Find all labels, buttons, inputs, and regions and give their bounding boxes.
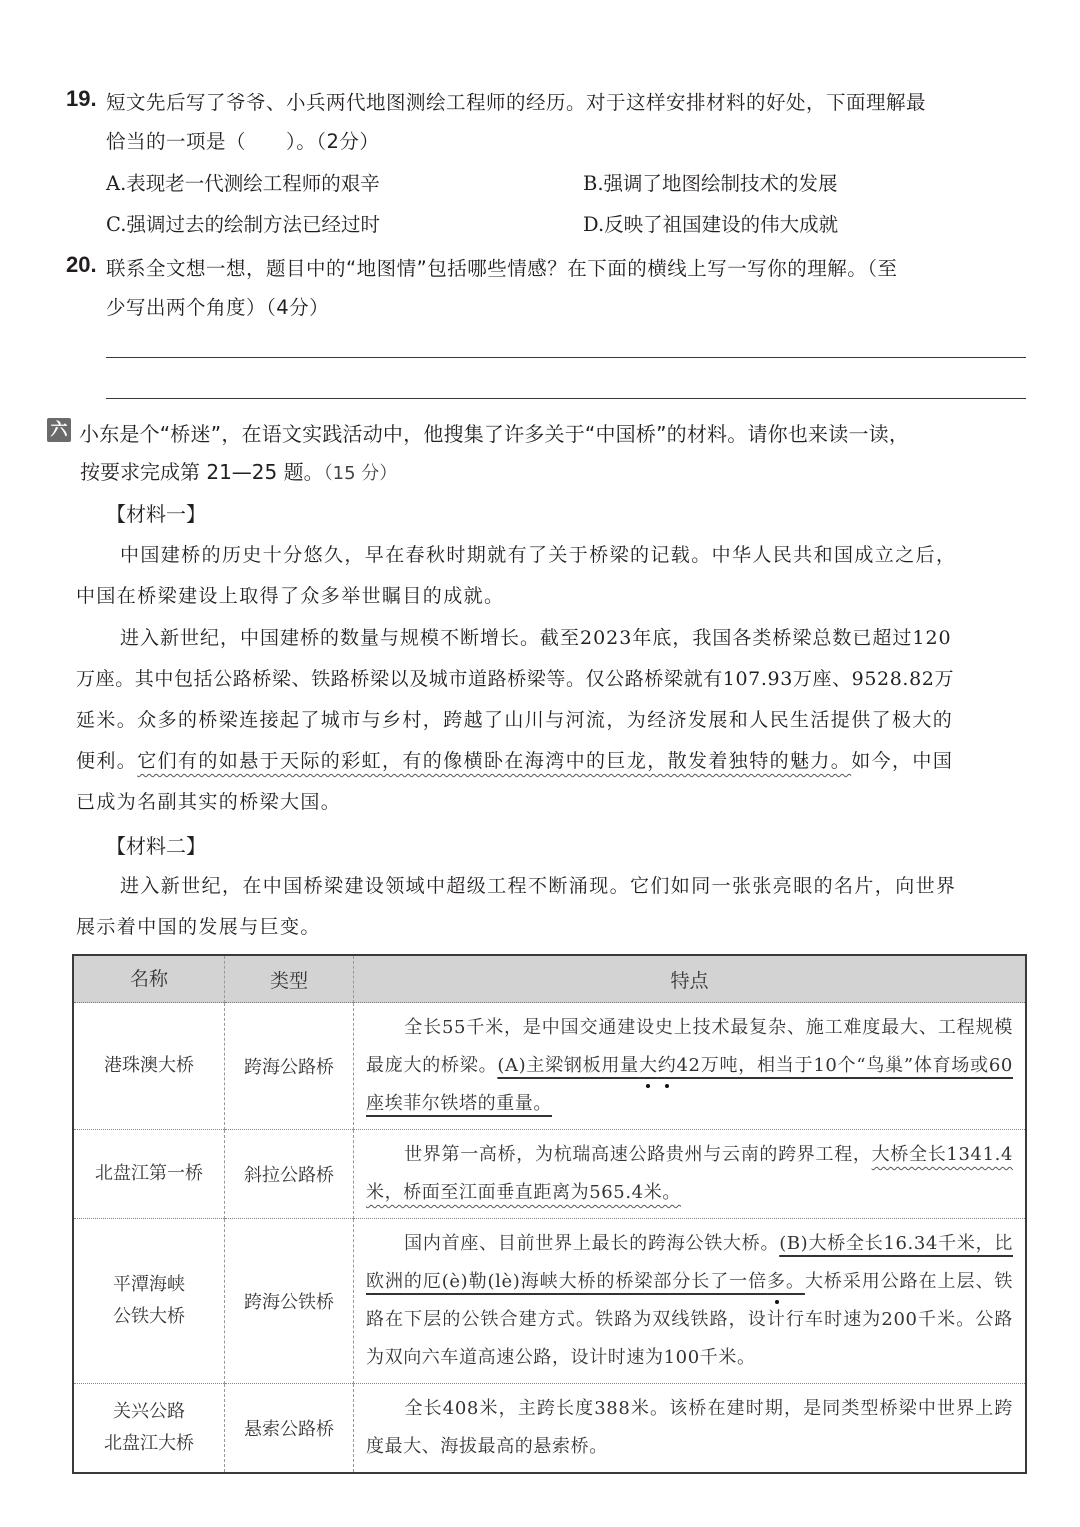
paragraph-line: 进入新世纪，在中国桥梁建设领域中超级工程不断涌现。它们如同一张张亮眼的名片，向世…: [120, 871, 956, 898]
option-d[interactable]: D.反映了祖国建设的伟大成就: [583, 209, 838, 237]
paragraph-line: 展示着中国的发展与巨变。: [76, 912, 321, 939]
option-text: 强调过去的绘制方法已经过时: [126, 213, 380, 236]
feature-text: 全长408米，主跨长度388米。该桥在建时期，是同类型桥梁中世界上跨度最大、海拔…: [366, 1398, 1013, 1457]
paragraph-line: 便利。它们有的如悬于天际的彩虹，有的像横卧在海湾中的巨龙，散发着独特的魅力。如今…: [76, 746, 953, 773]
material-heading: 【材料二】: [106, 830, 206, 859]
score-text: （15 分）: [324, 463, 398, 484]
bridge-features: 国内首座、目前世界上最长的跨海公铁大桥。(B)大桥全长16.34千米，比欧洲的厄…: [354, 1219, 1027, 1384]
bridge-type: 跨海公路桥: [225, 1003, 354, 1130]
option-b[interactable]: B.强调了地图绘制技术的发展: [583, 168, 838, 196]
question-text: 短文先后写了爷爷、小兵两代地图测绘工程师的经历。对于这样安排材料的好处，下面理解…: [106, 87, 926, 115]
answer-line[interactable]: [106, 398, 1026, 399]
bridge-features: 世界第一高桥，为杭瑞高速公路贵州与云南的跨界工程，大桥全长1341.4米，桥面至…: [354, 1130, 1027, 1219]
question-number: 19.: [66, 86, 97, 112]
bridge-type: 跨海公铁桥: [225, 1219, 354, 1384]
question-number: 20.: [66, 252, 97, 278]
name-line: 港珠澳大桥: [104, 1055, 194, 1076]
bridge-type: 斜拉公路桥: [225, 1130, 354, 1219]
emphasis-dot-char: 大: [639, 1055, 658, 1076]
option-a[interactable]: A.表现老一代测绘工程师的艰辛: [106, 168, 380, 196]
text: 便利。: [76, 750, 137, 772]
option-label: B.: [583, 172, 604, 195]
name-line: 关兴公路: [75, 1396, 223, 1428]
emphasis-dot-char: 多: [767, 1271, 786, 1292]
column-header-name: 名称: [73, 955, 225, 1003]
section-instruction: 小东是个“桥迷”，在语文实践活动中，他搜集了许多关于“中国桥”的材料。请你也来读…: [79, 418, 909, 447]
material-heading: 【材料一】: [106, 498, 206, 527]
table-row: 平潭海峡 公铁大桥 跨海公铁桥 国内首座、目前世界上最长的跨海公铁大桥。(B)大…: [73, 1219, 1026, 1384]
name-line: 平潭海峡: [75, 1269, 223, 1301]
table-row: 关兴公路 北盘江大桥 悬索公路桥 全长408米，主跨长度388米。该桥在建时期，…: [73, 1384, 1026, 1474]
paragraph-line: 已成为名副其实的桥梁大国。: [76, 787, 341, 814]
column-header-type: 类型: [225, 955, 354, 1003]
text: (A)主梁钢板用量: [497, 1055, 639, 1076]
option-label: A.: [106, 172, 126, 195]
emphasis-dot-char: 约: [658, 1055, 677, 1076]
paragraph-line: 中国在桥梁建设上取得了众多举世瞩目的成就。: [76, 581, 504, 608]
feature-text: 国内首座、目前世界上最长的跨海公铁大桥。: [404, 1233, 779, 1254]
bridge-name: 北盘江第一桥: [73, 1130, 225, 1219]
feature-text: 世界第一高桥，为杭瑞高速公路贵州与云南的跨界工程，: [404, 1144, 872, 1165]
option-text: 强调了地图绘制技术的发展: [604, 172, 838, 195]
name-line: 公铁大桥: [75, 1301, 223, 1333]
table-row: 港珠澳大桥 跨海公路桥 全长55千米，是中国交通建设史上技术最复杂、施工难度最大…: [73, 1003, 1026, 1130]
section-instruction-cont: 按要求完成第 21—25 题。（15 分）: [80, 456, 397, 485]
wavy-underlined-sentence: 它们有的如悬于天际的彩虹，有的像横卧在海湾中的巨龙，散发着独特的魅力。: [137, 750, 851, 772]
table-header-row: 名称 类型 特点: [73, 955, 1026, 1003]
text: 如今，中国: [851, 750, 953, 772]
paragraph-line: 万座。其中包括公路桥梁、铁路桥梁以及城市道路桥梁等。仅公路桥梁就有107.93万…: [76, 664, 954, 691]
option-label: C.: [106, 213, 126, 236]
bridge-name: 平潭海峡 公铁大桥: [73, 1219, 225, 1384]
bridge-features: 全长408米，主跨长度388米。该桥在建时期，是同类型桥梁中世界上跨度最大、海拔…: [354, 1384, 1027, 1474]
question-text: 联系全文想一想，题目中的“地图情”包括哪些情感？在下面的横线上写一写你的理解。（…: [106, 253, 897, 281]
text: 。: [786, 1271, 805, 1292]
name-line: 北盘江大桥: [75, 1428, 223, 1460]
bridge-type: 悬索公路桥: [225, 1384, 354, 1474]
name-line: 北盘江第一桥: [95, 1163, 203, 1184]
section-number-badge: 六: [47, 418, 71, 442]
paragraph-line: 进入新世纪，中国建桥的数量与规模不断增长。截至2023年底，我国各类桥梁总数已超…: [120, 623, 952, 650]
option-text: 反映了祖国建设的伟大成就: [604, 213, 838, 236]
instruction-text: 按要求完成第 21—25 题。: [80, 460, 324, 484]
paragraph-line: 延米。众多的桥梁连接起了城市与乡村，跨越了山川与河流，为经济发展和人民生活提供了…: [76, 705, 953, 732]
option-text: 表现老一代测绘工程师的艰辛: [126, 172, 380, 195]
table-row: 北盘江第一桥 斜拉公路桥 世界第一高桥，为杭瑞高速公路贵州与云南的跨界工程，大桥…: [73, 1130, 1026, 1219]
bridge-name: 港珠澳大桥: [73, 1003, 225, 1130]
option-c[interactable]: C.强调过去的绘制方法已经过时: [106, 209, 380, 237]
column-header-features: 特点: [354, 955, 1027, 1003]
question-text-cont: 恰当的一项是（ ）。（2分）: [106, 126, 379, 154]
paragraph-line: 中国建桥的历史十分悠久，早在春秋时期就有了关于桥梁的记载。中华人民共和国成立之后…: [120, 540, 956, 567]
answer-line[interactable]: [106, 357, 1026, 358]
bridge-features: 全长55千米，是中国交通建设史上技术最复杂、施工难度最大、工程规模最庞大的桥梁。…: [354, 1003, 1027, 1130]
bridge-name: 关兴公路 北盘江大桥: [73, 1384, 225, 1474]
question-text-cont: 少写出两个角度）（4分）: [106, 292, 329, 320]
bridge-table: 名称 类型 特点 港珠澳大桥 跨海公路桥 全长55千米，是中国交通建设史上技术最…: [72, 954, 1027, 1474]
option-label: D.: [583, 213, 604, 236]
